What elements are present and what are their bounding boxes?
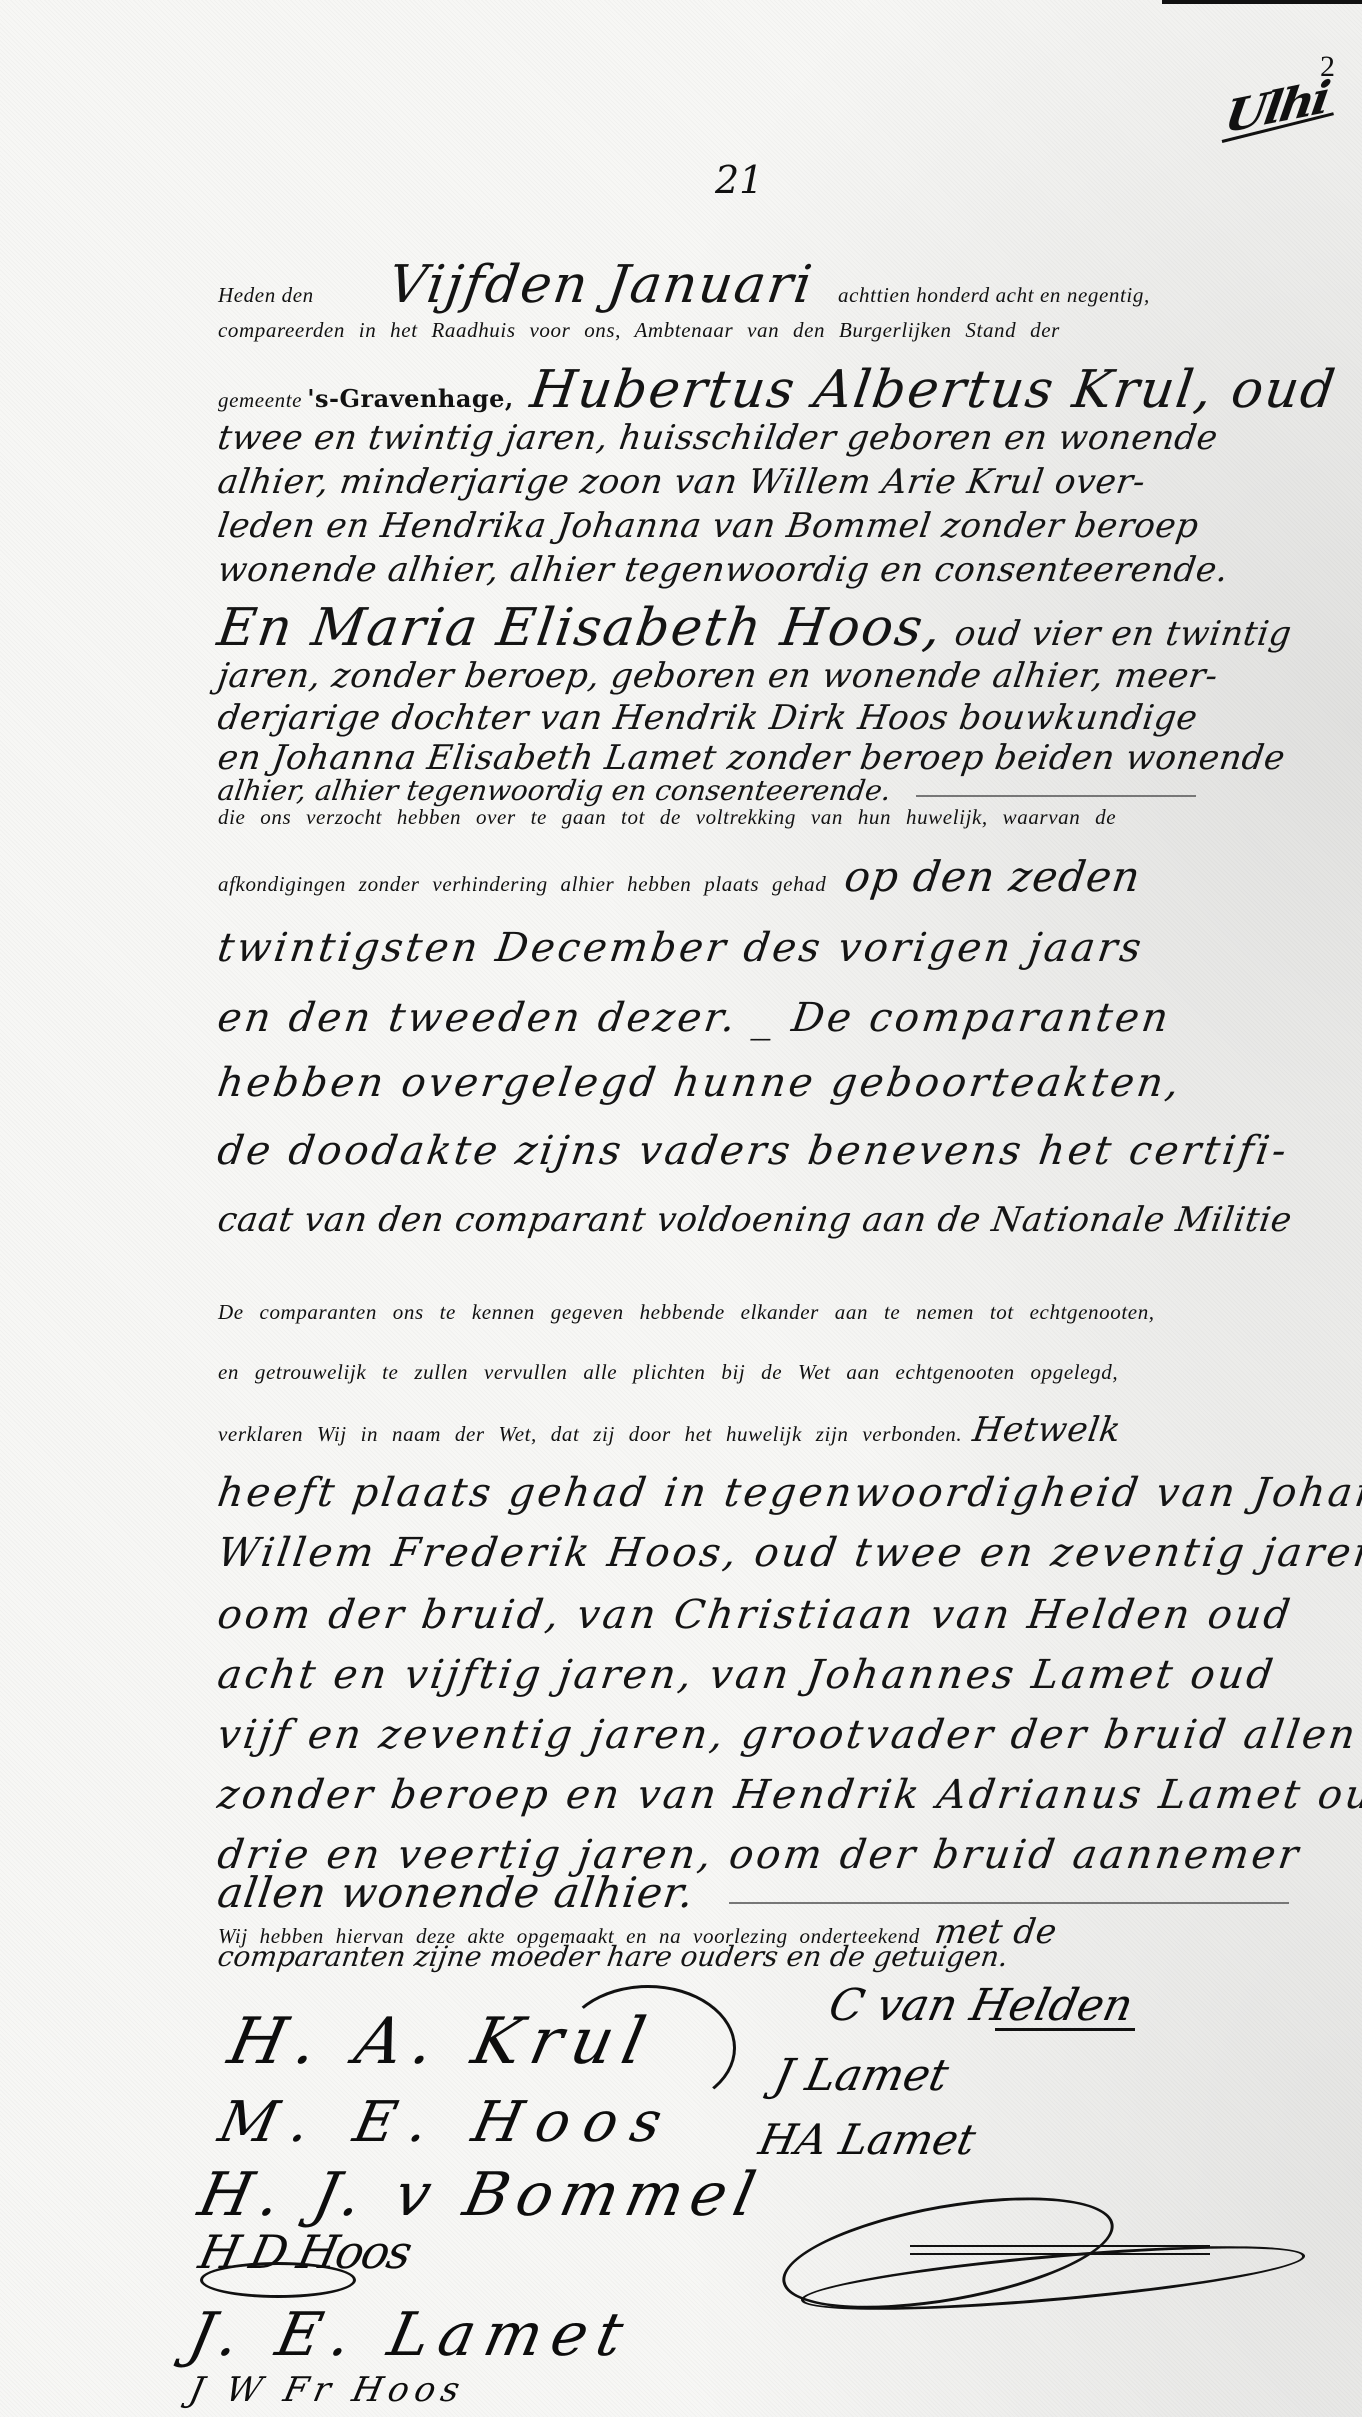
line-handwritten: caat van den comparant voldoening aan de…: [218, 1200, 1348, 1240]
handwritten-text: comparanten zijne moeder hare ouders en …: [216, 1940, 1011, 1973]
handwritten-text: derjarige dochter van Hendrik Dirk Hoos …: [215, 698, 1200, 738]
printed-text: verklaren Wij in naam der Wet, dat zij d…: [218, 1422, 962, 1446]
line-handwritten: leden en Hendrika Johanna van Bommel zon…: [218, 506, 1348, 546]
page-number: 21: [715, 158, 763, 202]
line-handwritten: twintigsten December des vorigen jaars: [218, 925, 1348, 971]
line-bride-name: En Maria Elisabeth Hoos, oud vier en twi…: [218, 598, 1348, 658]
line-groom-name: gemeente 's-Gravenhage, Hubertus Albertu…: [218, 360, 1348, 420]
handwritten-date: Vijfden Januari: [385, 255, 817, 315]
registrar-signature: Officer of Civil Registry: [760, 2195, 1320, 2325]
line-handwritten: zonder beroep en van Hendrik Adrianus La…: [218, 1772, 1348, 1818]
printed-text: en getrouwelijk te zullen vervullen alle…: [218, 1360, 1118, 1384]
handwritten-text: wonende alhier, alhier tegenwoordig en c…: [215, 550, 1231, 590]
corner-number: 2: [1320, 50, 1335, 84]
handwritten-text: de doodakte zijns vaders benevens het ce…: [215, 1128, 1292, 1174]
line-printed: en getrouwelijk te zullen vervullen alle…: [218, 1360, 1348, 1385]
line-handwritten: twee en twintig jaren, huisschilder gebo…: [218, 418, 1348, 458]
line-handwritten: alhier, minderjarige zoon van Willem Ari…: [218, 462, 1348, 502]
handwritten-text: Willem Frederik Hoos, oud twee en zevent…: [215, 1530, 1362, 1576]
line-handwritten: oom der bruid, van Christiaan van Helden…: [218, 1592, 1348, 1638]
signature-witness-j-lamet: J Lamet: [770, 2050, 953, 2101]
signature-groom-mother: H. J. v Bommel: [193, 2160, 770, 2230]
signature-scribble: [910, 2245, 1210, 2255]
handwritten-text: Hetwelk: [971, 1410, 1124, 1450]
handwritten-text: acht en vijftig jaren, van Johannes Lame…: [215, 1652, 1279, 1698]
handwritten-text: hebben overgelegd hunne geboorteakten,: [215, 1060, 1185, 1106]
line-handwritten: heeft plaats gehad in tegenwoordigheid v…: [218, 1470, 1348, 1516]
line-handwritten: en Johanna Elisabeth Lamet zonder beroep…: [218, 738, 1348, 778]
signature-flourish: [200, 2262, 356, 2298]
handwritten-text: allen wonende alhier.: [215, 1868, 698, 1917]
line-handwritten: Willem Frederik Hoos, oud twee en zevent…: [218, 1530, 1348, 1576]
line-handwritten: en den tweeden dezer. _ De comparanten: [218, 995, 1348, 1041]
line-afkondigingen: afkondigingen zonder verhindering alhier…: [218, 852, 1348, 901]
line-printed: die ons verzocht hebben over te gaan tot…: [218, 805, 1348, 830]
handwritten-text: en den tweeden dezer. _ De comparanten: [215, 995, 1174, 1041]
handwritten-text: heeft plaats gehad in tegenwoordigheid v…: [215, 1470, 1362, 1516]
handwritten-bride-name: En Maria Elisabeth Hoos,: [214, 598, 947, 658]
handwritten-text: twintigsten December des vorigen jaars: [215, 925, 1147, 971]
handwritten-text: zonder beroep en van Hendrik Adrianus La…: [215, 1772, 1362, 1818]
handwritten-groom-name: Hubertus Albertus Krul, oud: [527, 360, 1340, 420]
line-handwritten: alhier, alhier tegenwoordig en consentee…: [218, 774, 1348, 807]
handwritten-text: en Johanna Elisabeth Lamet zonder beroep…: [215, 738, 1288, 778]
handwritten-text: alhier, minderjarige zoon van Willem Ari…: [215, 462, 1148, 502]
signature-bride-mother: J. E. Lamet: [183, 2300, 640, 2370]
line-handwritten: wonende alhier, alhier tegenwoordig en c…: [218, 550, 1348, 590]
line-handwritten: comparanten zijne moeder hare ouders en …: [218, 1940, 1348, 1973]
handwritten-text: leden en Hendrika Johanna van Bommel zon…: [215, 506, 1201, 546]
line-date: Heden den Vijfden Januari achttien honde…: [218, 255, 1348, 315]
line-handwritten: derjarige dochter van Hendrik Dirk Hoos …: [218, 698, 1348, 738]
printed-place: 's-Gravenhage,: [307, 384, 514, 413]
handwritten-text: twee en twintig jaren, huisschilder gebo…: [215, 418, 1220, 458]
line-compareerden: compareerden in het Raadhuis voor ons, A…: [218, 318, 1348, 343]
line-handwritten: vijf en zeventig jaren, grootvader der b…: [218, 1712, 1348, 1758]
signature-bride: M. E. Hoos: [213, 2090, 681, 2155]
handwritten-text: alhier, alhier tegenwoordig en consentee…: [216, 774, 893, 807]
signature-witness-ha-lamet: HA Lamet: [755, 2115, 980, 2164]
corner-initials: Ulhi: [1221, 71, 1331, 144]
line-handwritten: de doodakte zijns vaders benevens het ce…: [218, 1128, 1348, 1174]
handwritten-text: oom der bruid, van Christiaan van Helden…: [215, 1592, 1296, 1638]
printed-text: De comparanten ons te kennen gegeven heb…: [218, 1300, 1155, 1324]
handwritten-text: oud vier en twintig: [953, 614, 1295, 654]
signature-witness-uncle: J W Fr Hoos: [186, 2370, 469, 2410]
printed-text: afkondigingen zonder verhindering alhier…: [218, 872, 826, 896]
signature-underline: [995, 2028, 1135, 2031]
printed-text: gemeente: [218, 388, 302, 412]
printed-text: achttien honderd acht en negentig,: [838, 283, 1150, 307]
printed-text: compareerden in het Raadhuis voor ons, A…: [218, 318, 1060, 342]
line-handwritten: jaren, zonder beroep, geboren en wonende…: [218, 656, 1348, 696]
line-handwritten: acht en vijftig jaren, van Johannes Lame…: [218, 1652, 1348, 1698]
signature-witness-van-helden: C van Helden: [825, 1980, 1138, 2031]
fill-line: [729, 1902, 1289, 1904]
handwritten-text: vijf en zeventig jaren, grootvader der b…: [215, 1712, 1361, 1758]
handwritten-text: jaren, zonder beroep, geboren en wonende…: [215, 656, 1220, 696]
handwritten-text: caat van den comparant voldoening aan de…: [215, 1200, 1294, 1240]
line-printed: De comparanten ons te kennen gegeven heb…: [218, 1300, 1348, 1325]
printed-text: Heden den: [218, 283, 314, 307]
scanned-document-page: Ulhi 2 21 Heden den Vijfden Januari acht…: [0, 0, 1362, 2417]
corner-initials-mark: Ulhi 2: [1222, 50, 1342, 150]
line-handwritten: allen wonende alhier.: [218, 1868, 1348, 1917]
printed-text: die ons verzocht hebben over te gaan tot…: [218, 805, 1116, 829]
line-verklaren: verklaren Wij in naam der Wet, dat zij d…: [218, 1410, 1348, 1450]
line-handwritten: hebben overgelegd hunne geboorteakten,: [218, 1060, 1348, 1106]
fill-line: [916, 795, 1196, 797]
handwritten-text: op den zeden: [842, 852, 1144, 901]
scan-edge: [1162, 0, 1362, 4]
